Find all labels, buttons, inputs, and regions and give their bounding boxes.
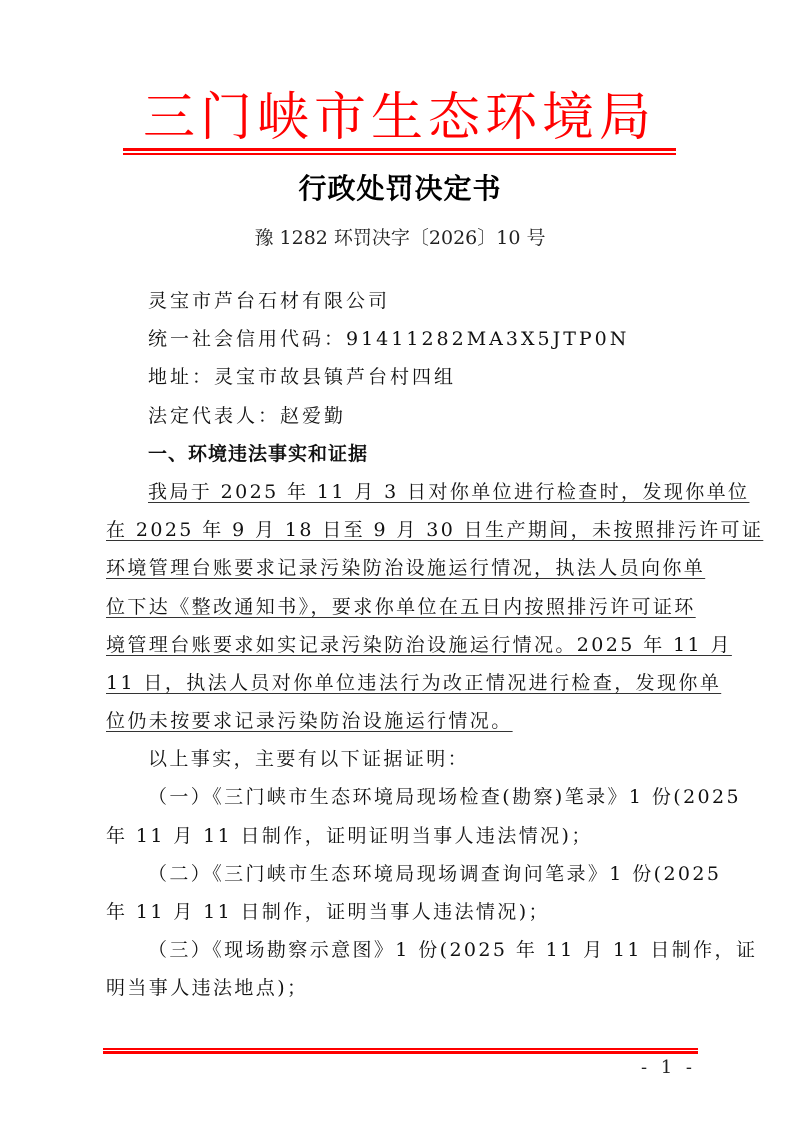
section-heading-facts: 一、环境违法事实和证据 [106,435,694,473]
document-title: 行政处罚决定书 [0,170,793,208]
facts-line: 境管理台账要求如实记录污染防治设施运行情况。2025 年 11 月 [106,626,694,664]
document-page: 三门峡市生态环境局 行政处罚决定书 豫 1282 环罚决字〔2026〕10 号 … [0,0,793,1122]
red-header-rule [123,148,676,155]
facts-text: 位仍未按要求记录污染防治设施运行情况。 [106,710,513,732]
company-name: 灵宝市芦台石材有限公司 [106,282,694,320]
facts-text: 环境管理台账要求记录污染防治设施运行情况，执法人员向你单 [106,557,705,579]
evidence-item-cont: 年 11 月 11 日制作，证明当事人违法情况)； [106,893,694,931]
evidence-item-cont: 明当事人违法地点)； [106,969,694,1007]
facts-text: 境管理台账要求如实记录污染防治设施运行情况。2025 年 11 月 [106,634,732,656]
red-rule-thin [123,153,676,155]
evidence-item: （三）《现场勘察示意图》1 份(2025 年 11 月 11 日制作，证 [106,931,694,969]
facts-text: 位下达《整改通知书》，要求你单位在五日内按照排污许可证环 [106,596,696,618]
facts-line: 11 日，执法人员对你单位违法行为改正情况进行检查，发现你单 [106,664,694,702]
organization-header: 三门峡市生态环境局 [123,88,676,148]
red-rule-thick [103,1051,698,1054]
legal-representative: 法定代表人：赵爱勤 [106,397,694,435]
facts-line: 环境管理台账要求记录污染防治设施运行情况，执法人员向你单 [106,549,694,587]
evidence-item: （二）《三门峡市生态环境局现场调查询问笔录》1 份(2025 [106,855,694,893]
address: 地址：灵宝市故县镇芦台村四组 [106,358,694,396]
evidence-item: （一）《三门峡市生态环境局现场检查(勘察)笔录》1 份(2025 [106,778,694,816]
document-number: 豫 1282 环罚决字〔2026〕10 号 [0,224,793,252]
evidence-item-cont: 年 11 月 11 日制作，证明证明当事人违法情况)； [106,817,694,855]
facts-line: 位仍未按要求记录污染防治设施运行情况。 [106,702,694,740]
page-number: - 1 - [630,1056,696,1080]
red-footer-rule [103,1048,698,1056]
facts-text: 11 日，执法人员对你单位违法行为改正情况进行检查，发现你单 [106,672,721,694]
facts-line: 位下达《整改通知书》，要求你单位在五日内按照排污许可证环 [106,588,694,626]
red-rule-thick [123,148,676,151]
evidence-intro: 以上事实，主要有以下证据证明： [106,740,694,778]
facts-text: 我局于 2025 年 11 月 3 日对你单位进行检查时，发现你单位 [148,481,749,503]
facts-text: 在 2025 年 9 月 18 日至 9 月 30 日生产期间，未按照排污许可证 [106,519,763,541]
facts-line: 我局于 2025 年 11 月 3 日对你单位进行检查时，发现你单位 [106,473,694,511]
facts-line: 在 2025 年 9 月 18 日至 9 月 30 日生产期间，未按照排污许可证 [106,511,694,549]
red-rule-thin [103,1048,698,1050]
credit-code: 统一社会信用代码：91411282MA3X5JTP0N [106,320,694,358]
document-body: 灵宝市芦台石材有限公司 统一社会信用代码：91411282MA3X5JTP0N … [106,282,694,1008]
